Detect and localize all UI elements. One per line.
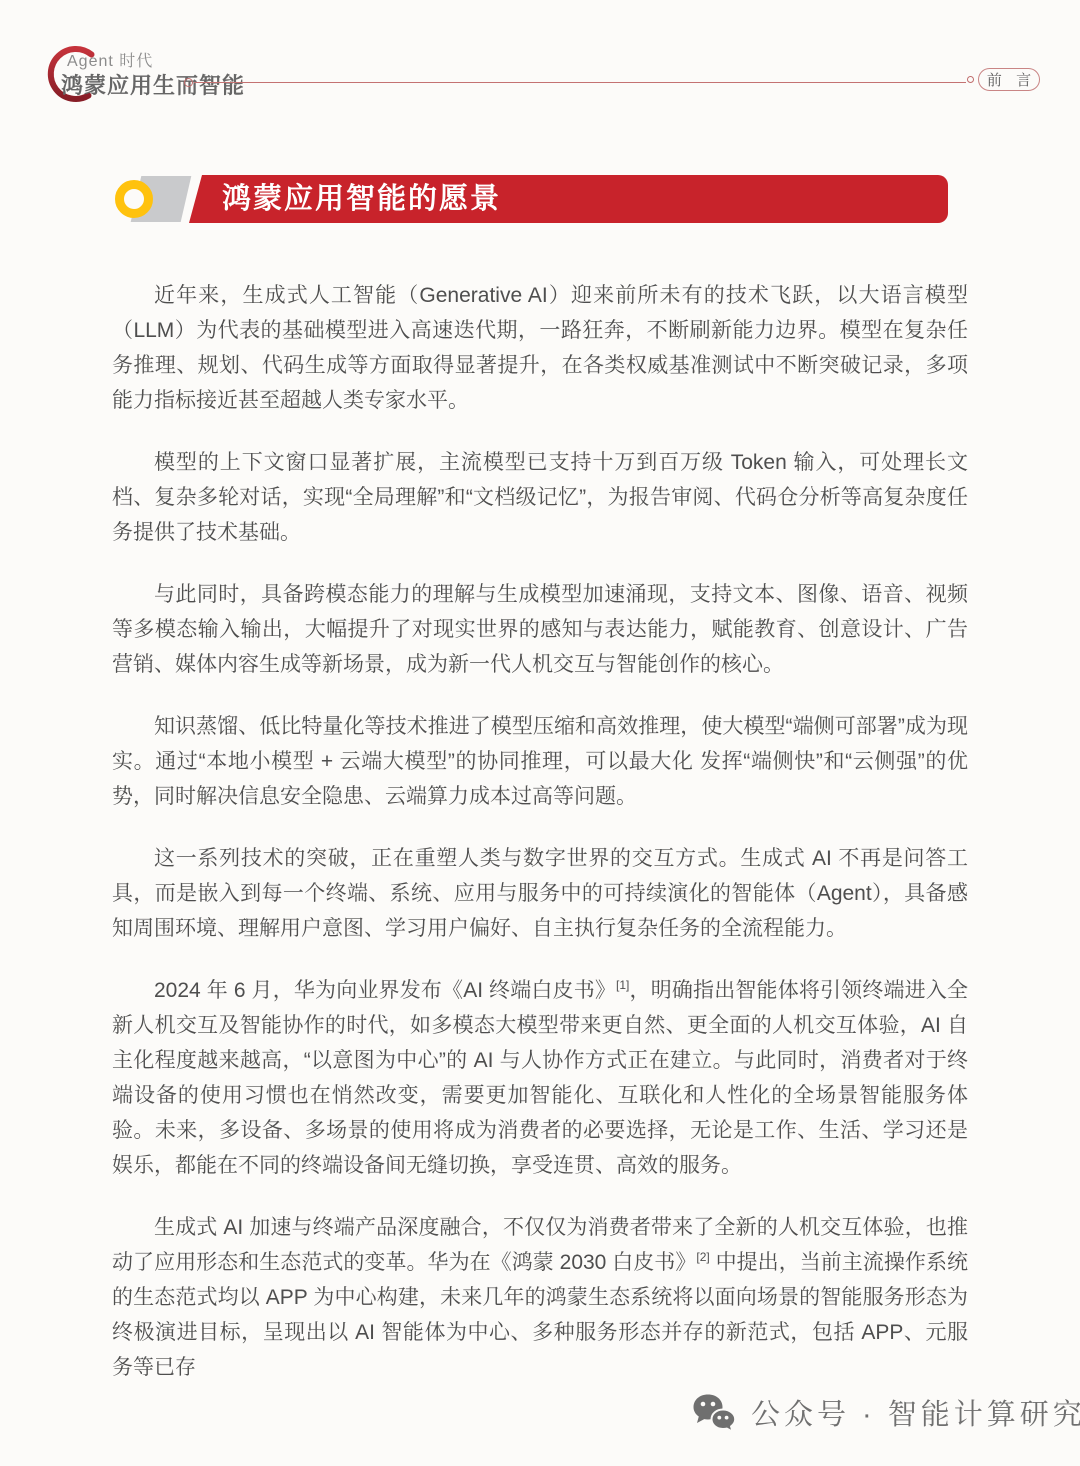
footnote-ref: [1] xyxy=(616,978,629,992)
paragraph: 这一系列技术的突破，正在重塑人类与数字世界的交互方式。生成式 AI 不再是问答工… xyxy=(112,841,968,946)
preface-corner-tab: 前 言 xyxy=(978,68,1040,91)
paragraph: 近年来，生成式人工智能（Generative AI）迎来前所未有的技术飞跃，以大… xyxy=(112,278,968,418)
logo-title: 鸿蒙应用生而智能 xyxy=(61,69,245,100)
section-title: 鸿蒙应用智能的愿景 xyxy=(184,175,948,223)
watermark: 公众号 · 智能计算研究 xyxy=(692,1392,1080,1433)
preface-label: 前 言 xyxy=(982,69,1036,90)
paragraph: 生成式 AI 加速与终端产品深度融合，不仅仅为消费者带来了全新的人机交互体验，也… xyxy=(112,1210,968,1385)
header-rule-line xyxy=(194,82,966,83)
ring-icon xyxy=(115,180,153,218)
logo-tagline: Agent 时代 xyxy=(67,48,153,71)
rule-endpoint-dot-right xyxy=(967,76,974,83)
wechat-icon xyxy=(692,1393,736,1433)
heading-red-bar: 鸿蒙应用智能的愿景 xyxy=(184,175,948,223)
paragraph: 模型的上下文窗口显著扩展，主流模型已支持十万到百万级 Token 输入，可处理长… xyxy=(112,445,968,550)
body-text: 近年来，生成式人工智能（Generative AI）迎来前所未有的技术飞跃，以大… xyxy=(112,278,968,1412)
paragraph: 与此同时，具备跨模态能力的理解与生成模型加速涌现，支持文本、图像、语音、视频等多… xyxy=(112,577,968,682)
section-heading-banner: 鸿蒙应用智能的愿景 xyxy=(112,175,948,223)
watermark-text: 公众号 · 智能计算研究 xyxy=(751,1392,1080,1433)
rule-endpoint-dot-left xyxy=(184,78,193,87)
paragraph: 知识蒸馏、低比特量化等技术推进了模型压缩和高效推理，使大模型“端侧可部署”成为现… xyxy=(112,709,968,814)
paragraph: 2024 年 6 月，华为向业界发布《AI 终端白皮书》[1]，明确指出智能体将… xyxy=(112,973,968,1183)
footnote-ref: [2] xyxy=(696,1250,709,1264)
